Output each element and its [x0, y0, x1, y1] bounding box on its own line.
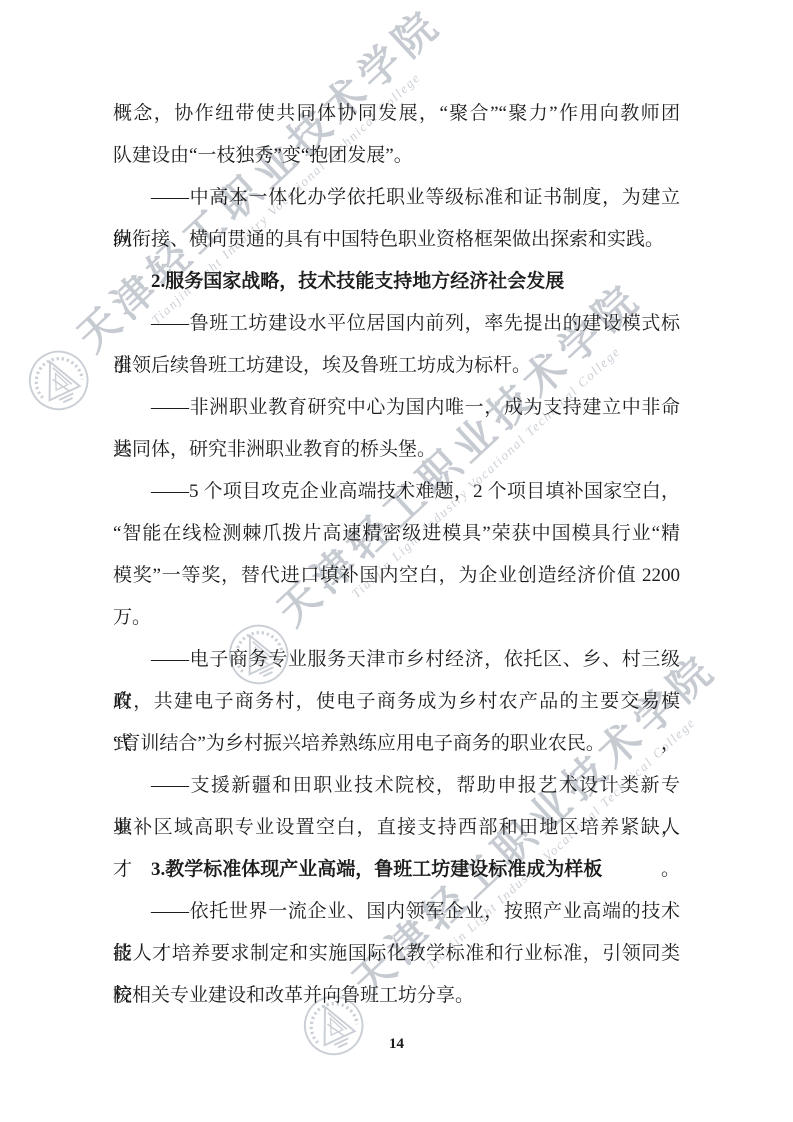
text-line: ——鲁班工坊建设水平位居国内前列，率先提出的建设模式标准 [113, 303, 680, 345]
text-line: 引领后续鲁班工坊建设，埃及鲁班工坊成为标杆。 [113, 345, 680, 387]
text-line: ——5 个项目攻克企业高端技术难题，2 个项目填补国家空白， [113, 471, 680, 513]
text-line: ——电子商务专业服务天津市乡村经济，依托区、乡、村三级政 [113, 639, 680, 681]
text-line: 概念，协作纽带使共同体协同发展，“聚合”“聚力”作用向教师团 [113, 93, 680, 135]
text-line: 校相关专业建设和改革并向鲁班工坊分享。 [113, 975, 680, 1017]
text-line: ——依托世界一流企业、国内领军企业，按照产业高端的技术技 [113, 891, 680, 933]
text-line: “智能在线检测棘爪拨片高速精密级进模具”荣获中国模具行业“精 [113, 513, 680, 555]
document-page: 天津轻工职业技术学院 Tianjin Light Industry Vocati… [0, 0, 793, 1122]
text-line: “育训结合”为乡村振兴培养熟练应用电子商务的职业农民。 [113, 723, 680, 765]
text-line: 向衔接、横向贯通的具有中国特色职业资格框架做出探索和实践。 [113, 219, 680, 261]
text-line: 填补区域高职专业设置空白，直接支持西部和田地区培养紧缺人才。 [113, 807, 680, 849]
text-line: ——非洲职业教育研究中心为国内唯一，成为支持建立中非命运 [113, 387, 680, 429]
document-body: 概念，协作纽带使共同体协同发展，“聚合”“聚力”作用向教师团 队建设由“一枝独秀… [113, 93, 680, 1017]
college-seal-icon [17, 339, 102, 424]
text-line: 府，共建电子商务村，使电子商务成为乡村农产品的主要交易模式， [113, 681, 680, 723]
text-line: ——支援新疆和田职业技术院校，帮助申报艺术设计类新专业， [113, 765, 680, 807]
text-line: 队建设由“一枝独秀”变“抱团发展”。 [113, 135, 680, 177]
text-line: ——中高本一体化办学依托职业等级标准和证书制度，为建立纵 [113, 177, 680, 219]
text-line: 万。 [113, 597, 680, 639]
text-line: 模奖”一等奖，替代进口填补国内空白，为企业创造经济价值 2200 [113, 555, 680, 597]
page-number: 14 [0, 1036, 793, 1053]
section-heading: 2.服务国家战略，技术技能支持地方经济社会发展 [113, 261, 680, 303]
text-line: 共同体，研究非洲职业教育的桥头堡。 [113, 429, 680, 471]
text-line: 能人才培养要求制定和实施国际化教学标准和行业标准，引领同类院 [113, 933, 680, 975]
section-heading: 3.教学标准体现产业高端，鲁班工坊建设标准成为样板 [113, 849, 680, 891]
